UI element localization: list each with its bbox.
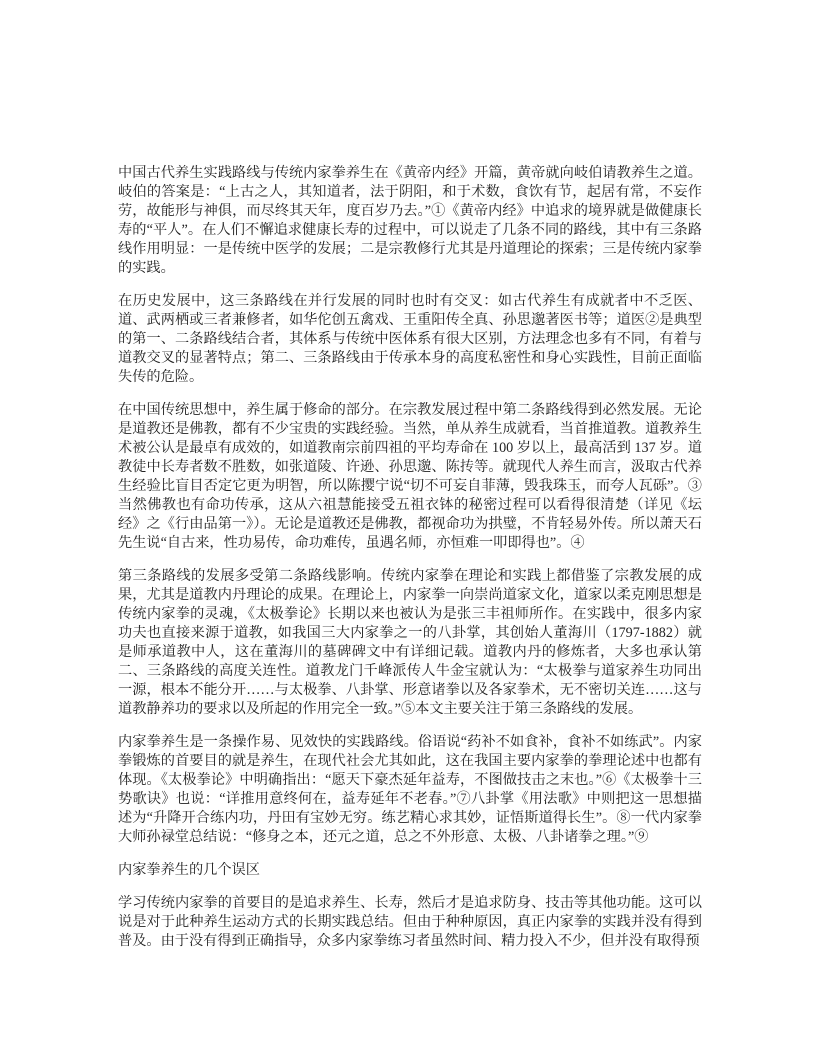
document-text-block: 中国古代养生实践路线与传统内家拳养生在《黄帝内经》开篇，黄帝就向岐伯请教养生之道…	[118, 164, 702, 951]
paragraph-three-routes-crossover: 在历史发展中，这三条路线在并行发展的同时也时有交叉：如古代养生有成就者中不乏医、…	[118, 292, 702, 387]
paragraph-learning-purpose: 学习传统内家拳的首要目的是追求养生、长寿，然后才是追求防身、技击等其他功能。这可…	[118, 894, 702, 951]
paragraph-religious-route: 在中国传统思想中，养生属于修命的部分。在宗教发展过程中第二条路线得到必然发展。无…	[118, 401, 702, 553]
paragraph-third-route-development: 第三条路线的发展多受第二条路线影响。传统内家拳在理论和实践上都借鉴了宗教发展的成…	[118, 567, 702, 719]
section-heading-misconceptions: 内家拳养生的几个误区	[118, 861, 702, 880]
paragraph-neijiaquan-yangsheng: 内家拳养生是一条操作易、见效快的实践路线。俗语说“药补不如食补，食补不如练武”。…	[118, 733, 702, 847]
document-page: 中国古代养生实践路线与传统内家拳养生在《黄帝内经》开篇，黄帝就向岐伯请教养生之道…	[0, 0, 816, 1056]
paragraph-intro: 中国古代养生实践路线与传统内家拳养生在《黄帝内经》开篇，黄帝就向岐伯请教养生之道…	[118, 164, 702, 278]
